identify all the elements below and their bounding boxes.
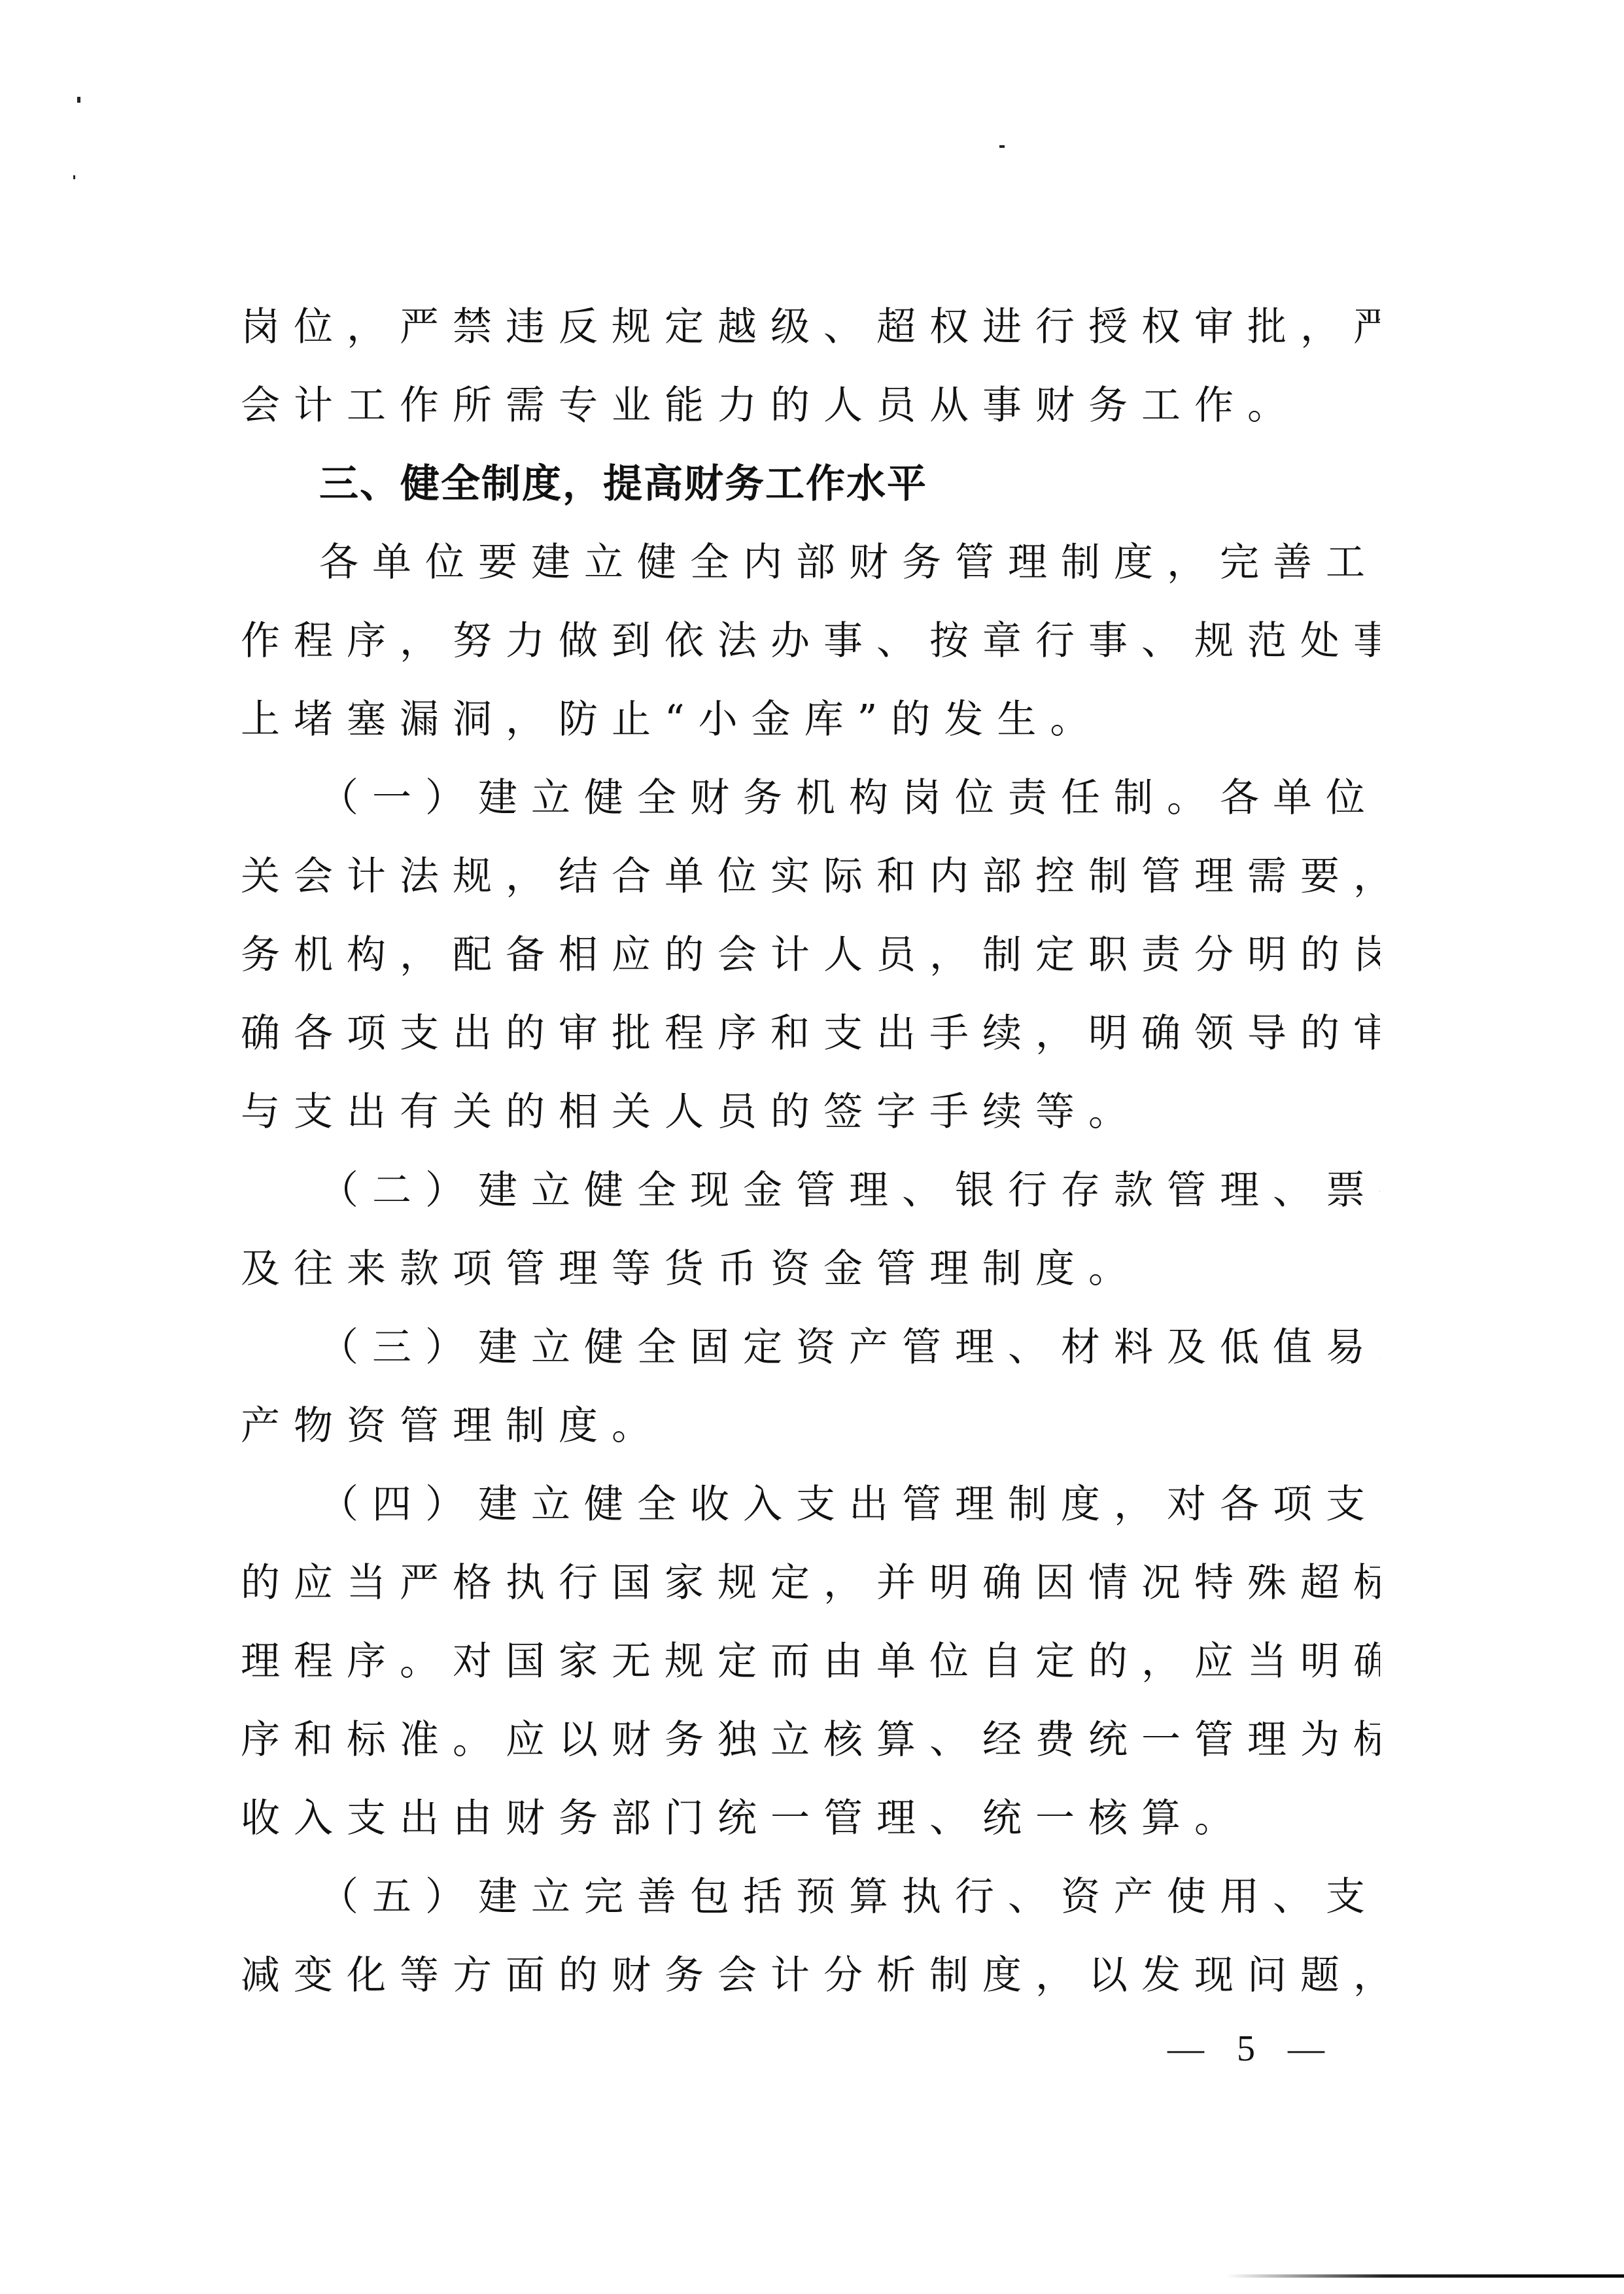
text-line: 序和标准。应以财务独立核算、经费统一管理为标准，保证各项 xyxy=(241,1701,1380,1779)
text-line: （三）建立健全固定资产管理、材料及低值易耗品管理等财 xyxy=(241,1308,1380,1387)
text-line: 岗位，严禁违反规定越级、超权进行授权审批，严禁不具有从事 xyxy=(241,288,1380,366)
text-line: （四）建立健全收入支出管理制度，对各项支出，国家有规定 xyxy=(241,1465,1380,1544)
text-line: 各单位要建立健全内部财务管理制度，完善工作机制和工 xyxy=(241,523,1380,602)
scan-speck xyxy=(77,97,80,103)
scan-artifact-line xyxy=(1226,2274,1624,2278)
text-line: 的应当严格执行国家规定，并明确因情况特殊超标准开支的处 xyxy=(241,1544,1380,1622)
text-line: （五）建立完善包括预算执行、资产使用、支出情况、人员增 xyxy=(241,1858,1380,1936)
text-line: 确各项支出的审批程序和支出手续，明确领导的审批权限，明确 xyxy=(241,994,1380,1073)
text-line: 会计工作所需专业能力的人员从事财务工作。 xyxy=(241,366,1380,445)
text-line: 理程序。对国家无规定而由单位自定的，应当明确其报批的程 xyxy=(241,1622,1380,1701)
text-line: 与支出有关的相关人员的签字手续等。 xyxy=(241,1073,1380,1151)
scan-speck xyxy=(73,175,75,179)
text-line: （一）建立健全财务机构岗位责任制。各单位应根据国家有 xyxy=(241,759,1380,837)
text-line: 作程序，努力做到依法办事、按章行事、规范处事，从制度、流程 xyxy=(241,602,1380,680)
text-line: 产物资管理制度。 xyxy=(241,1387,1380,1465)
text-line: 减变化等方面的财务会计分析制度，以发现问题，堵塞漏洞。 xyxy=(241,1936,1380,2015)
document-body: 岗位，严禁违反规定越级、超权进行授权审批，严禁不具有从事 会计工作所需专业能力的… xyxy=(241,288,1380,2015)
text-line: 务机构，配备相应的会计人员，制定职责分明的岗位责任制，明 xyxy=(241,916,1380,994)
document-page: 岗位，严禁违反规定越级、超权进行授权审批，严禁不具有从事 会计工作所需专业能力的… xyxy=(0,0,1624,2294)
text-line: 关会计法规，结合单位实际和内部控制管理需要，建立相应的财 xyxy=(241,837,1380,916)
text-line: 收入支出由财务部门统一管理、统一核算。 xyxy=(241,1779,1380,1858)
scan-speck xyxy=(999,145,1005,148)
text-line: 上堵塞漏洞，防止“小金库”的发生。 xyxy=(241,680,1380,759)
text-line: （二）建立健全现金管理、银行存款管理、票据及印章管理以 xyxy=(241,1151,1380,1230)
page-number: — 5 — xyxy=(1167,2028,1336,2070)
section-heading: 三、健全制度，提高财务工作水平 xyxy=(241,445,1380,523)
text-line: 及往来款项管理等货币资金管理制度。 xyxy=(241,1230,1380,1308)
